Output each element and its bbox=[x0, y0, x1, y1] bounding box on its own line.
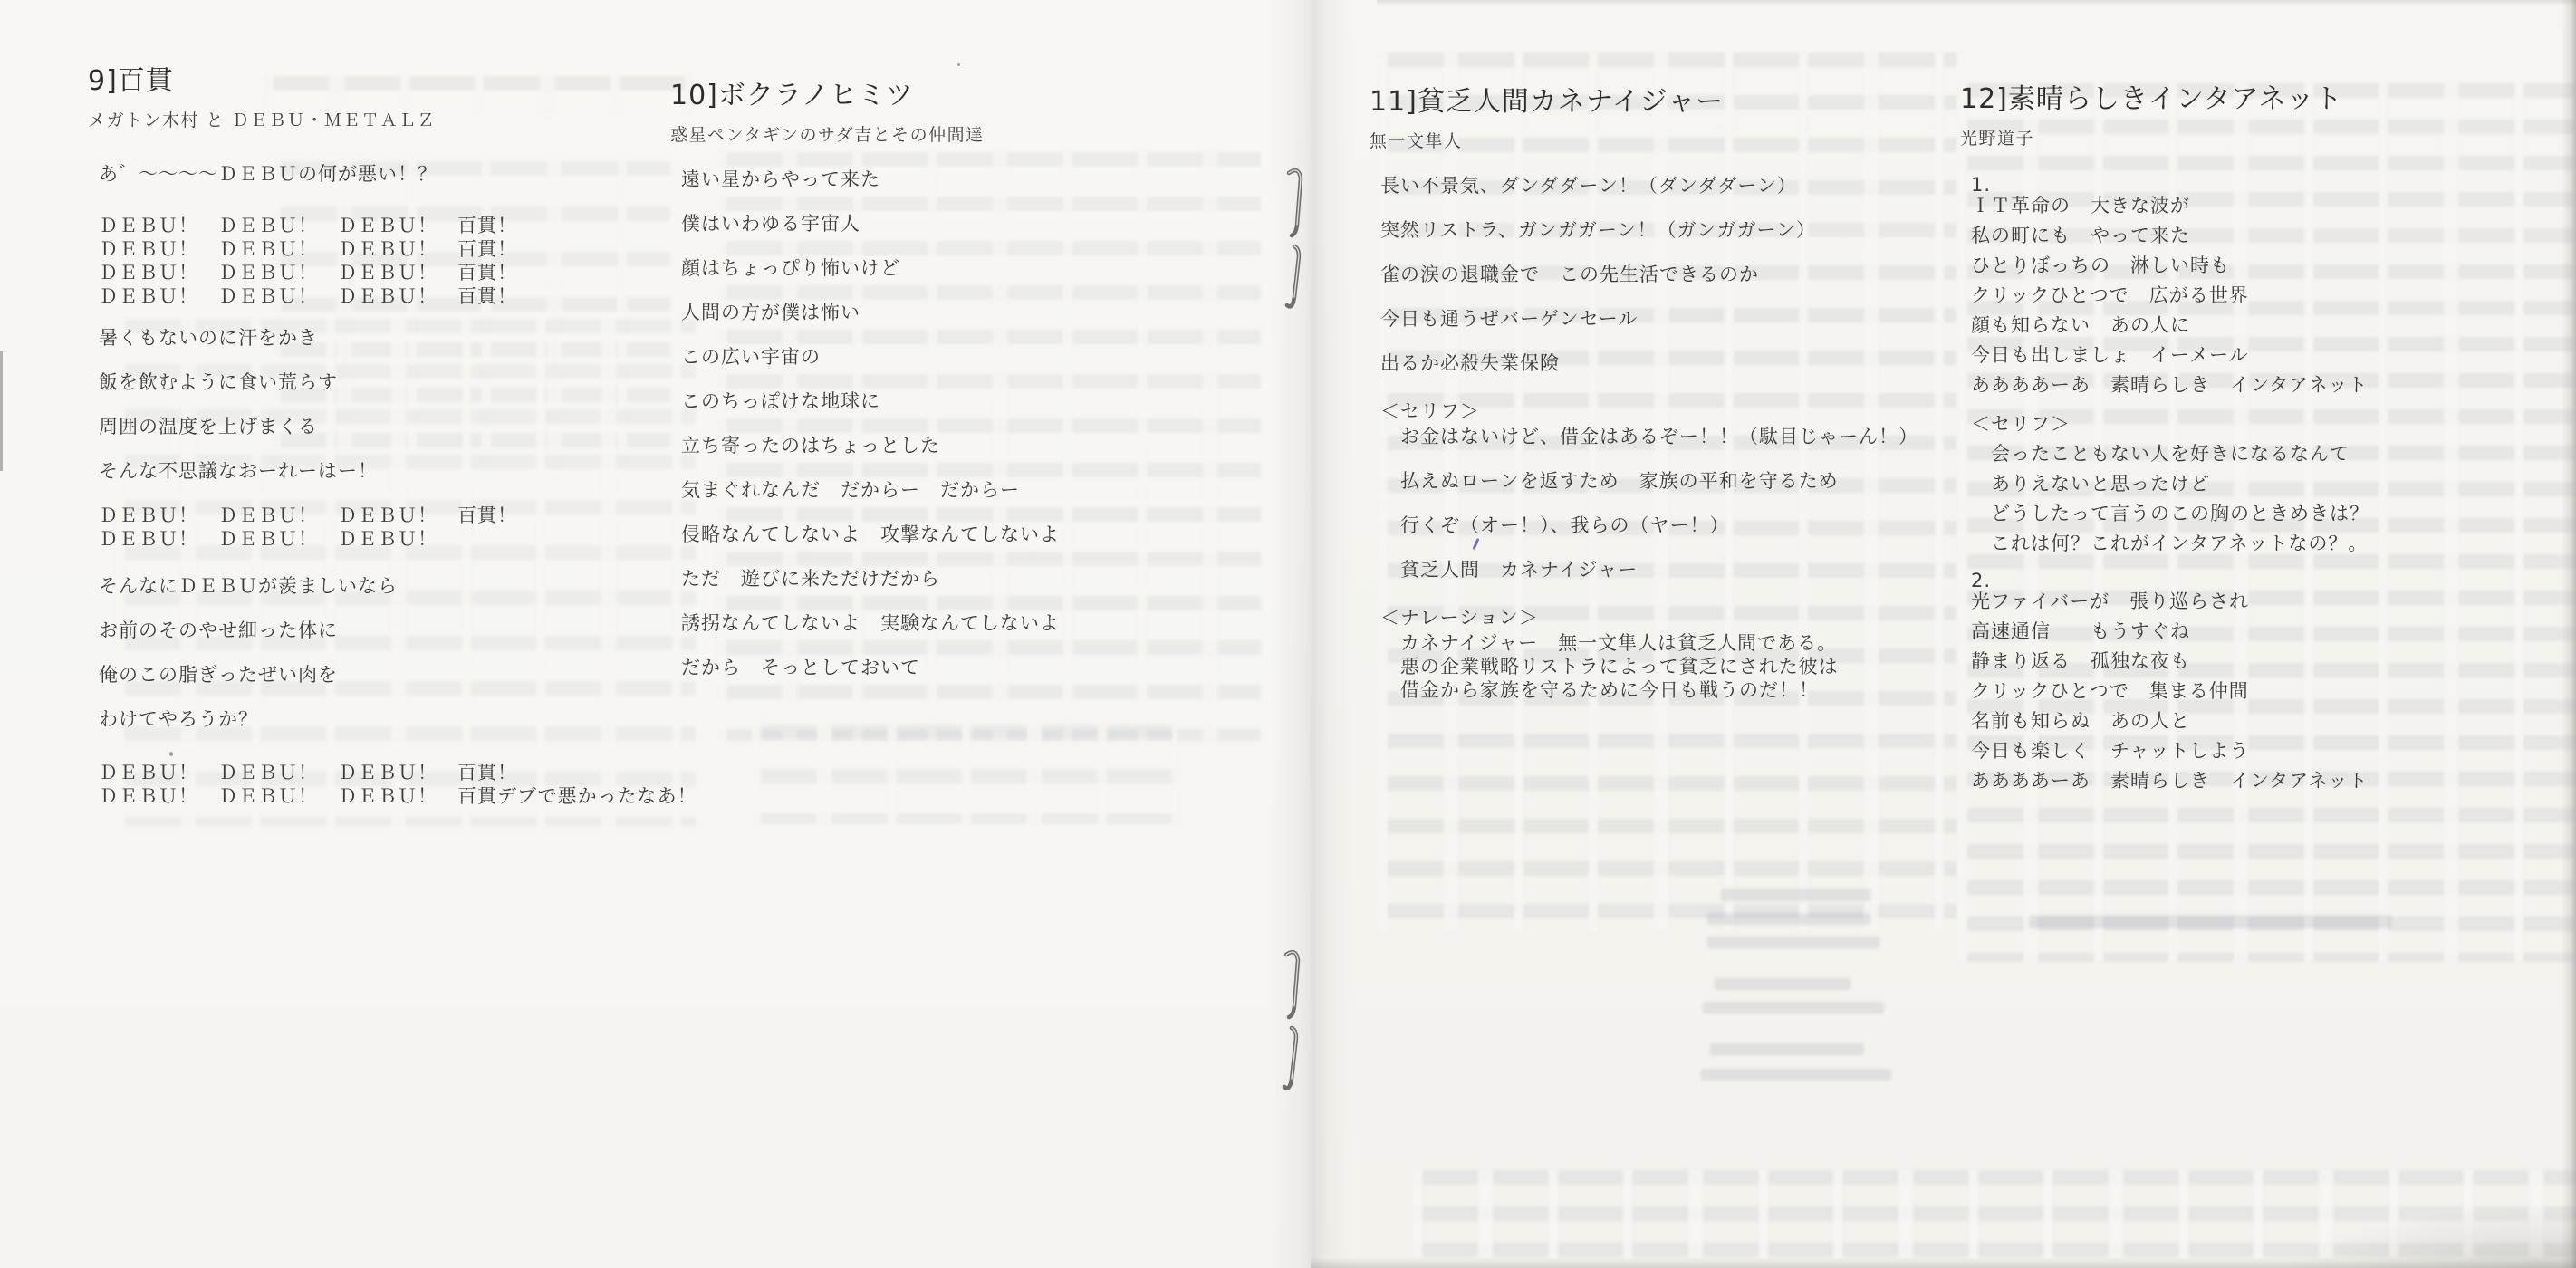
song-section-9: 9]百貫 メガトン木村 と ＤＥＢＵ・ＭＥＴＡＬＺ あ゛～～～～ＤＥＢＵの何が悪… bbox=[88, 65, 697, 808]
spacer bbox=[99, 207, 697, 214]
spacer bbox=[1971, 403, 2369, 412]
song-title-text: 素晴らしきインタアネット bbox=[2008, 83, 2343, 115]
lyric-line: ＤＥＢＵ！ ＤＥＢＵ！ ＤＥＢＵ！ 百貫！ bbox=[99, 214, 697, 237]
lyric-line: 気まぐれなんだ だからー だからー bbox=[681, 478, 1060, 502]
lyrics: 長い不景気、ダンダダーン！（ダンダダーン）突然リストラ、ガンガガーン！（ガンガガ… bbox=[1370, 174, 1918, 702]
lyric-line: 飯を飲むように食い荒らす bbox=[99, 370, 697, 394]
staple bbox=[1282, 946, 1305, 1100]
lyric-line: 今日も通うぜバーゲンセール bbox=[1380, 307, 1918, 331]
lyric-line: これは何？これがインタアネットなの？。 bbox=[1971, 532, 2369, 555]
song-title-text: ボクラノヒミツ bbox=[718, 80, 914, 111]
lyric-line: お金はないけど、借金はあるぞー！！（駄目じゃーん！） bbox=[1380, 425, 1918, 448]
lyric-line: ＤＥＢＵ！ ＤＥＢＵ！ ＤＥＢＵ！ 百貫！ bbox=[99, 761, 697, 784]
lyric-line: そんなにＤＥＢＵが羨ましいなら bbox=[99, 574, 697, 598]
song-title: 10]ボクラノヒミツ bbox=[670, 80, 1060, 112]
lyric-line: クリックひとつで 集まる仲間 bbox=[1971, 679, 2369, 703]
lyric-line: 会ったこともない人を好きになるなんて bbox=[1971, 442, 2369, 466]
lyric-line: あ゛～～～～ＤＥＢＵの何が悪い！？ bbox=[99, 162, 697, 186]
lyric-line: 行くぞ（オー！）、我らの（ヤー！） bbox=[1380, 514, 1918, 537]
lyric-line: ＤＥＢＵ！ ＤＥＢＵ！ ＤＥＢＵ！ bbox=[99, 527, 697, 551]
lyric-line: ＤＥＢＵ！ ＤＥＢＵ！ ＤＥＢＵ！ 百貫！ bbox=[99, 504, 697, 527]
lyric-line: 光ファイバーが 張り巡らされ bbox=[1971, 590, 2369, 613]
lyric-line: 出るか必殺失業保険 bbox=[1380, 351, 1918, 375]
lyric-line: 人間の方が僕は怖い bbox=[681, 301, 1060, 324]
lyric-line: 周囲の温度を上げまくる bbox=[99, 415, 697, 438]
lyric-line: クリックひとつで 広がる世界 bbox=[1971, 283, 2369, 307]
song-artist: 光野道子 bbox=[1960, 128, 2369, 149]
lyric-line: だから そっとしておいて bbox=[681, 656, 1060, 679]
lyric-line: ＤＥＢＵ！ ＤＥＢＵ！ ＤＥＢＵ！ 百貫！ bbox=[99, 237, 697, 261]
song-number: 12] bbox=[1960, 83, 2008, 115]
song-title: 11]貧乏人間カネナイジャー bbox=[1370, 86, 1918, 119]
lyric-line: 悪の企業戦略リストラによって貧乏にされた彼は bbox=[1380, 655, 1918, 678]
song-artist: メガトン木村 と ＤＥＢＵ・ＭＥＴＡＬＺ bbox=[88, 110, 697, 131]
scan-edge-mark bbox=[0, 351, 3, 471]
lyric-line: ああああーあ 素晴らしき インタアネット bbox=[1971, 769, 2369, 792]
lyric-line: ああああーあ 素晴らしき インタアネット bbox=[1971, 373, 2369, 397]
lyric-line: このちっぽけな地球に bbox=[681, 389, 1060, 413]
lyrics: 1.ＩＴ革命の 大きな波が私の町にも やって来たひとりぼっちの 淋しい時もクリッ… bbox=[1960, 173, 2369, 792]
lyric-line: 僕はいわゆる宇宙人 bbox=[681, 212, 1060, 235]
song-title-text: 貧乏人間カネナイジャー bbox=[1418, 86, 1724, 118]
spacer bbox=[1971, 562, 2369, 569]
song-number: 9] bbox=[88, 65, 118, 97]
lyric-line: ＤＥＢＵ！ ＤＥＢＵ！ ＤＥＢＵ！ 百貫デブで悪かったなあ！ bbox=[99, 784, 697, 808]
song-artist: 無一文隼人 bbox=[1370, 130, 1918, 152]
lyric-line: 貧乏人間 カネナイジャー bbox=[1380, 558, 1918, 581]
lyric-line: 名前も知らぬ あの人と bbox=[1971, 709, 2369, 733]
lyric-line: わけてやろうか？ bbox=[99, 707, 697, 731]
lyric-line: 顔も知らない あの人に bbox=[1971, 313, 2369, 337]
lyric-line: 暑くもないのに汗をかき bbox=[99, 326, 697, 350]
scan-speck bbox=[957, 63, 960, 66]
lyric-line: 高速通信 もうすぐね bbox=[1971, 620, 2369, 643]
lyric-line: ありえないと思ったけど bbox=[1971, 472, 2369, 495]
song-title: 12]素晴らしきインタアネット bbox=[1960, 83, 2369, 116]
lyrics-booklet-scan: 9]百貫 メガトン木村 と ＤＥＢＵ・ＭＥＴＡＬＺ あ゛～～～～ＤＥＢＵの何が悪… bbox=[0, 0, 2576, 1268]
lyric-line: ＤＥＢＵ！ ＤＥＢＵ！ ＤＥＢＵ！ 百貫！ bbox=[99, 261, 697, 284]
song-number: 11] bbox=[1370, 86, 1418, 118]
spacer bbox=[99, 308, 697, 326]
lyric-line: ＜セリフ＞ bbox=[1971, 412, 2369, 436]
lyric-line: 今日も出しましょ イーメール bbox=[1971, 343, 2369, 367]
lyric-line: 今日も楽しく チャットしよう bbox=[1971, 739, 2369, 763]
lyric-line: 払えぬローンを返すため 家族の平和を守るため bbox=[1380, 469, 1918, 493]
song-number: 10] bbox=[670, 80, 718, 111]
spacer bbox=[99, 551, 697, 574]
lyric-line: お前のそのやせ細った体に bbox=[99, 619, 697, 642]
scan-speck bbox=[169, 752, 173, 756]
lyric-line: 借金から家族を守るために今日も戦うのだ！！ bbox=[1380, 678, 1918, 702]
lyric-line: ただ 遊びに来ただけだから bbox=[681, 567, 1060, 591]
lyric-line: ＩＴ革命の 大きな波が bbox=[1971, 194, 2369, 217]
lyric-line: この広い宇宙の bbox=[681, 345, 1060, 369]
lyric-line: 突然リストラ、ガンガガーン！（ガンガガーン） bbox=[1380, 218, 1918, 242]
lyric-line: 俺のこの脂ぎったぜい肉を bbox=[99, 663, 697, 687]
lyric-line: 長い不景気、ダンダダーン！（ダンダダーン） bbox=[1380, 174, 1918, 197]
song-section-12: 12]素晴らしきインタアネット 光野道子 1.ＩＴ革命の 大きな波が私の町にも … bbox=[1960, 83, 2369, 799]
lyric-line: カネナイジャー 無一文隼人は貧乏人間である。 bbox=[1380, 631, 1918, 655]
song-section-10: 10]ボクラノヒミツ 惑星ペンタギンのサダ吉とその仲間達 遠い星からやって来た僕… bbox=[670, 80, 1060, 700]
staple bbox=[1284, 165, 1308, 319]
lyric-line: どうしたって言うのこの胸のときめきは？ bbox=[1971, 502, 2369, 525]
lyric-line: 誘拐なんてしないよ 実験なんてしないよ bbox=[681, 611, 1060, 635]
spacer bbox=[99, 752, 697, 761]
lyric-line: 雀の涙の退職金で この先生活できるのか bbox=[1380, 263, 1918, 286]
lyric-line: ＜セリフ＞ bbox=[1380, 399, 1918, 423]
lyrics: 遠い星からやって来た僕はいわゆる宇宙人顔はちょっぴり怖いけど人間の方が僕は怖いこ… bbox=[670, 168, 1060, 679]
lyric-line: 遠い星からやって来た bbox=[681, 168, 1060, 191]
lyric-line: ＤＥＢＵ！ ＤＥＢＵ！ ＤＥＢＵ！ 百貫！ bbox=[99, 284, 697, 308]
lyric-line: 侵略なんてしないよ 攻撃なんてしないよ bbox=[681, 523, 1060, 546]
lyric-line: 立ち寄ったのはちょっとした bbox=[681, 434, 1060, 457]
lyric-line: 顔はちょっぴり怖いけど bbox=[681, 256, 1060, 280]
lyric-line: ＜ナレーション＞ bbox=[1380, 606, 1918, 629]
song-title-text: 百貫 bbox=[118, 65, 174, 97]
song-title: 9]百貫 bbox=[88, 65, 697, 98]
song-section-11: 11]貧乏人間カネナイジャー 無一文隼人 長い不景気、ダンダダーン！（ダンダダー… bbox=[1370, 86, 1918, 702]
lyric-line: 静まり返る 孤独な夜も bbox=[1971, 649, 2369, 673]
lyrics: あ゛～～～～ＤＥＢＵの何が悪い！？ＤＥＢＵ！ ＤＥＢＵ！ ＤＥＢＵ！ 百貫！ＤＥ… bbox=[88, 162, 697, 808]
lyric-line: そんな不思議なおーれーはー！ bbox=[99, 459, 697, 483]
lyric-line: ひとりぼっちの 淋しい時も bbox=[1971, 254, 2369, 277]
lyric-line: 私の町にも やって来た bbox=[1971, 224, 2369, 247]
song-artist: 惑星ペンタギンのサダ吉とその仲間達 bbox=[670, 124, 1060, 146]
